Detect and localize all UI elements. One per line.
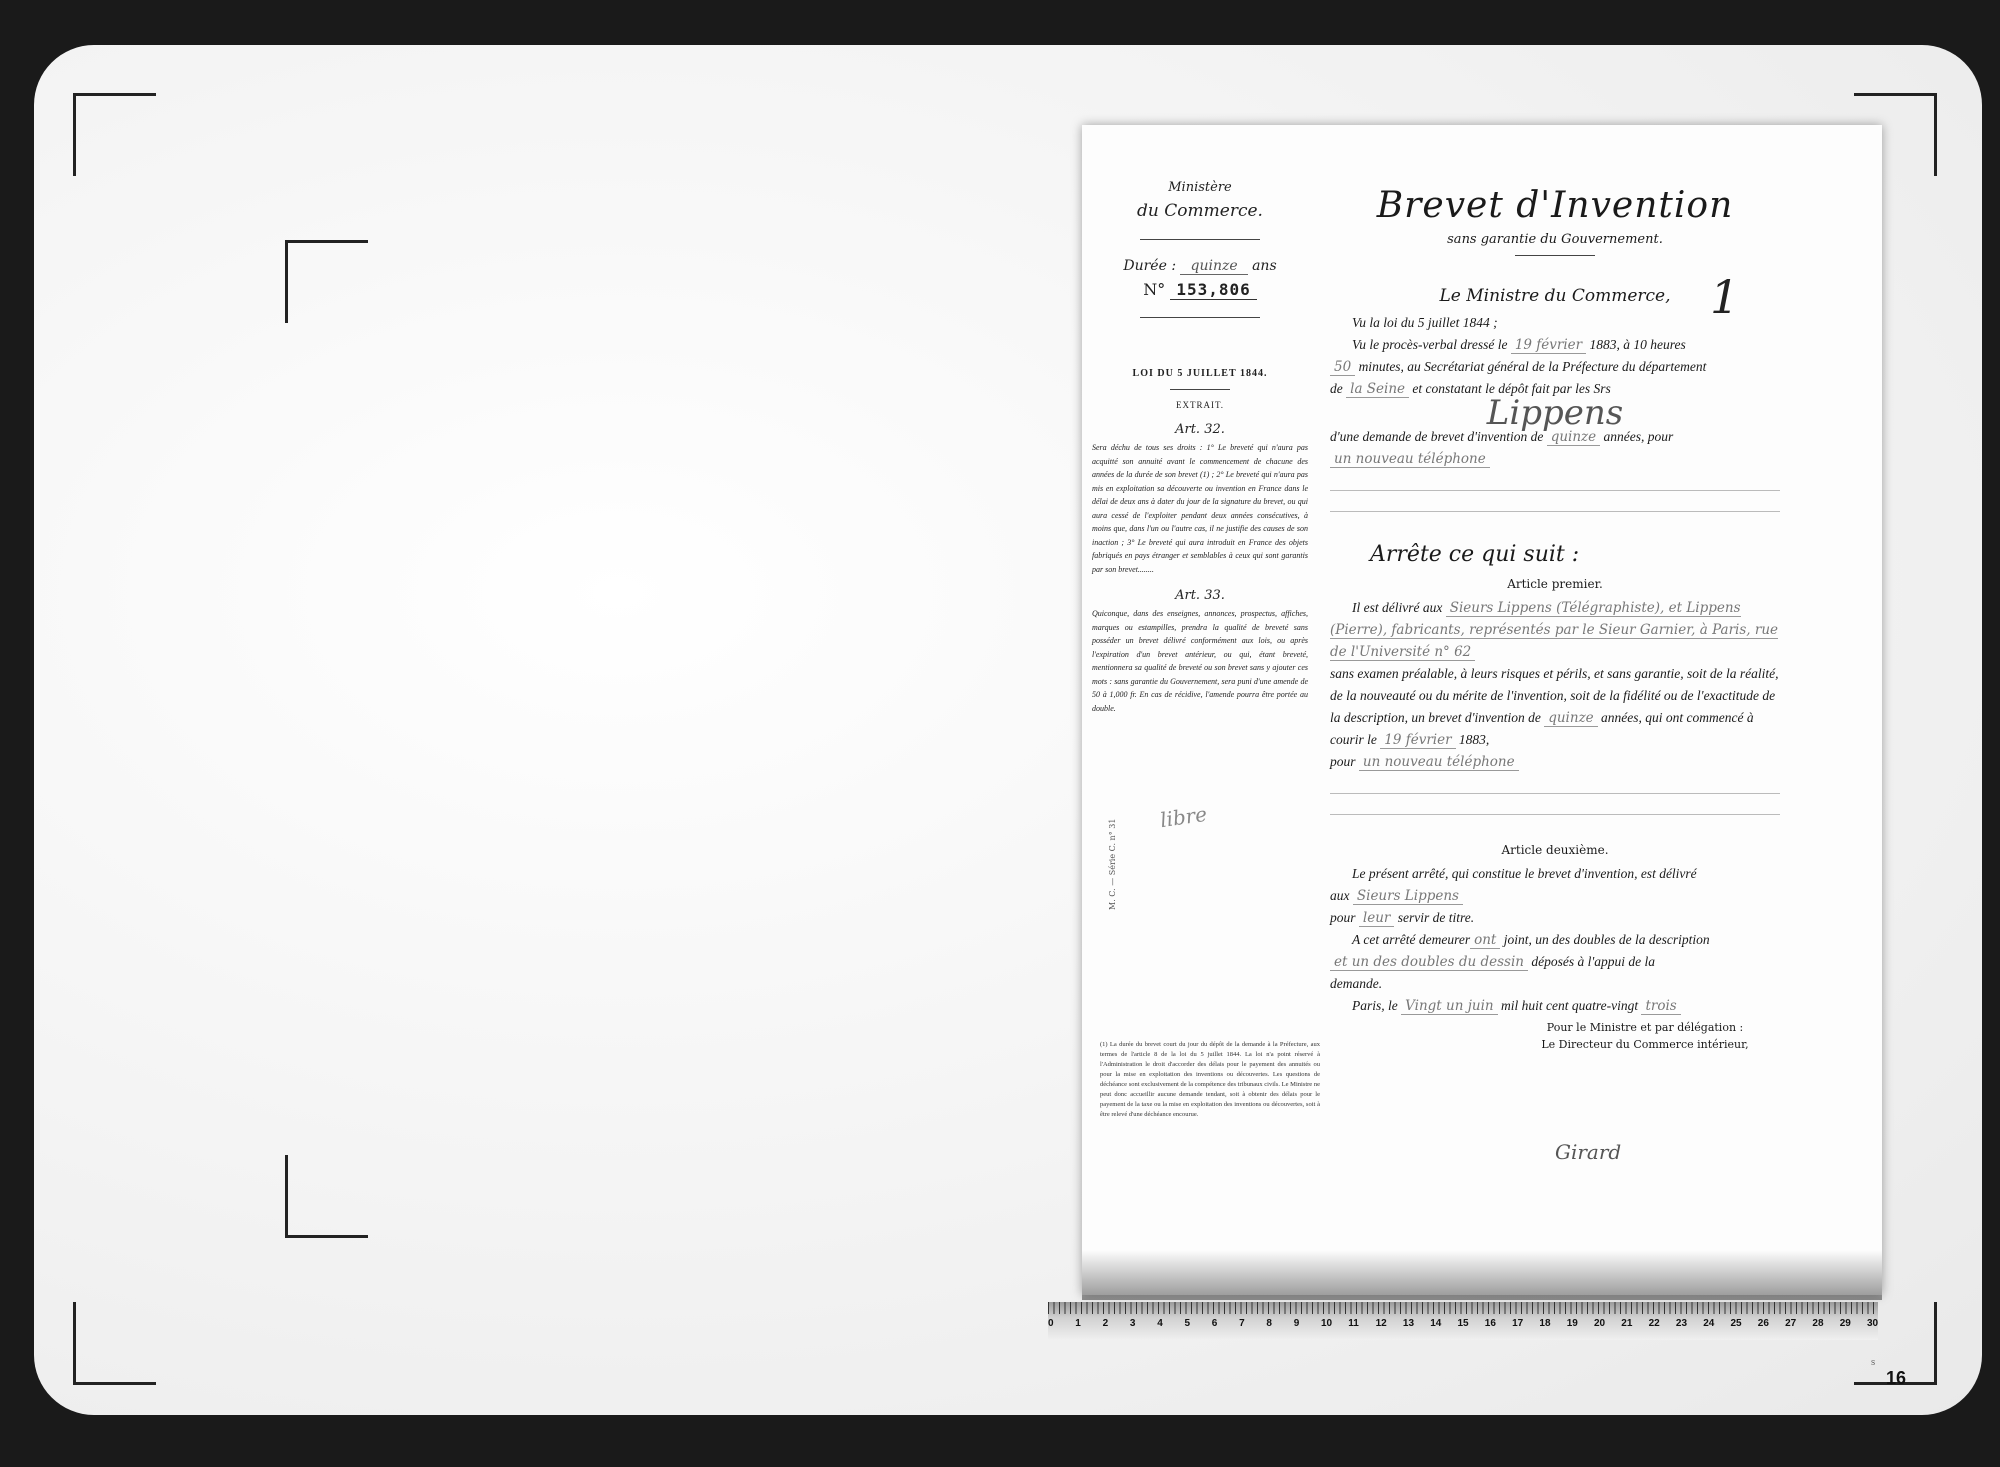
- ruler-label: 3: [1130, 1318, 1136, 1329]
- demande-word: demande.: [1330, 973, 1780, 995]
- document-edge-shadow: [1082, 1250, 1882, 1300]
- joint-pre: A cet arrêté demeurer: [1352, 932, 1470, 947]
- date-prefix: Paris, le: [1352, 998, 1398, 1013]
- ruler-label: 30: [1867, 1318, 1878, 1329]
- date-text: mil huit cent quatre-vingt: [1501, 998, 1638, 1013]
- corner-mark-outer-bl: [73, 1302, 156, 1385]
- ruler-label: 20: [1594, 1318, 1605, 1329]
- ruler-label: 2: [1103, 1318, 1109, 1329]
- art33-text: Quiconque, dans des enseignes, annonces,…: [1090, 607, 1310, 715]
- law-title: LOI DU 5 JUILLET 1844.: [1090, 368, 1310, 379]
- blank-line: [1330, 794, 1780, 815]
- ruler-label: 5: [1185, 1318, 1191, 1329]
- article1-start: 19 février: [1380, 732, 1455, 749]
- article2-grantees: Sieurs Lippens: [1353, 888, 1463, 905]
- article1-heading: Article premier.: [1330, 577, 1780, 591]
- article1-pour-label: pour: [1330, 754, 1356, 769]
- measurement-ruler: 0123456789101112131415161718192021222324…: [1048, 1302, 1878, 1340]
- numero-label: N°: [1143, 280, 1165, 299]
- article2-heading: Article deuxième.: [1330, 843, 1780, 857]
- joint-hw2: et un des doubles du dessin: [1330, 954, 1528, 971]
- ruler-label: 12: [1376, 1318, 1387, 1329]
- demande-text: d'une demande de brevet d'invention de: [1330, 429, 1543, 444]
- pv-minutes: 50: [1330, 359, 1355, 376]
- ruler-label: 10: [1321, 1318, 1332, 1329]
- article2-aux: aux: [1330, 888, 1350, 903]
- ruler-label: 0: [1048, 1318, 1054, 1329]
- art32-heading: Art. 32.: [1090, 422, 1310, 437]
- ministry-line1: Ministère: [1090, 180, 1310, 195]
- patent-number: 153,806: [1170, 280, 1256, 300]
- pv-year: 1883, à 10 heures: [1590, 337, 1686, 352]
- vu-pv: Vu le procès-verbal dressé le 19 février…: [1330, 334, 1780, 356]
- ruler-label: 8: [1266, 1318, 1272, 1329]
- article2-aux-line: aux Sieurs Lippens: [1330, 885, 1780, 907]
- numero-line: N° 153,806: [1090, 280, 1310, 299]
- date-line: Paris, le Vingt un juin mil huit cent qu…: [1330, 995, 1780, 1017]
- preamble: Vu la loi du 5 juillet 1844 ; Vu le proc…: [1330, 312, 1780, 512]
- art32-text: Sera déchu de tous ses droits : 1° Le br…: [1090, 441, 1310, 576]
- article2-titre-line: pour leur servir de titre.: [1330, 907, 1780, 929]
- corner-mark-inner-bl: [285, 1155, 368, 1238]
- blank-line: [1330, 773, 1780, 794]
- duree-label: Durée :: [1123, 258, 1176, 274]
- article2-titre: servir de titre.: [1398, 910, 1474, 925]
- article2-pour: pour: [1330, 910, 1356, 925]
- ruler-ticks: [1048, 1302, 1878, 1314]
- article1-year: 1883,: [1459, 732, 1489, 747]
- ruler-label: 26: [1758, 1318, 1769, 1329]
- form-reference: M. C. — Série C. n° 31: [1108, 819, 1117, 910]
- applicant-name: Lippens: [1330, 402, 1780, 424]
- left-column: Ministère du Commerce. Durée : quinze an…: [1090, 180, 1310, 715]
- demande-line: d'une demande de brevet d'invention de q…: [1330, 426, 1780, 448]
- invention-line: un nouveau téléphone: [1330, 448, 1780, 470]
- article2-body: Le présent arrêté, qui constitue le brev…: [1330, 863, 1780, 1017]
- divider: [1515, 255, 1595, 256]
- date-hw: Vingt un juin: [1401, 998, 1497, 1015]
- document-subtitle: sans garantie du Gouvernement.: [1330, 232, 1780, 247]
- extrait-label: EXTRAIT.: [1090, 400, 1310, 410]
- duree-unit: ans: [1252, 258, 1277, 274]
- pv-text2: minutes, au Secrétariat général de la Pr…: [1359, 359, 1707, 374]
- divider: [1140, 317, 1260, 318]
- date-year-hw: trois: [1641, 998, 1680, 1015]
- article1-body: Il est délivré aux Sieurs Lippens (Télég…: [1330, 597, 1780, 815]
- footnote: (1) La durée du brevet court du jour du …: [1100, 1040, 1320, 1120]
- ruler-label: 4: [1157, 1318, 1163, 1329]
- ruler-label: 13: [1403, 1318, 1414, 1329]
- article2-text: Le présent arrêté, qui constitue le brev…: [1330, 863, 1780, 885]
- joint-hw: ont: [1470, 932, 1500, 949]
- ruler-label: 21: [1621, 1318, 1632, 1329]
- ruler-label: 6: [1212, 1318, 1218, 1329]
- ruler-label: 18: [1539, 1318, 1550, 1329]
- ruler-label: 15: [1458, 1318, 1469, 1329]
- document-title: Brevet d'Invention: [1330, 185, 1780, 226]
- article2-leur: leur: [1359, 910, 1394, 927]
- divider: [1140, 239, 1260, 240]
- pv-line2: 50 minutes, au Secrétariat général de la…: [1330, 356, 1780, 378]
- article1-years: quinze: [1544, 710, 1597, 727]
- unit-mark: S: [1871, 1360, 1875, 1367]
- signature: Girard: [1555, 1140, 1621, 1164]
- ruler-labels: 0123456789101112131415161718192021222324…: [1048, 1318, 1878, 1334]
- ruler-label: 29: [1840, 1318, 1851, 1329]
- ruler-label: 9: [1294, 1318, 1300, 1329]
- article1-lead: Il est délivré aux: [1352, 600, 1442, 615]
- invention-title: un nouveau téléphone: [1330, 451, 1490, 468]
- dept-prefix: de: [1330, 381, 1343, 396]
- minister-heading: Le Ministre du Commerce,: [1330, 286, 1780, 306]
- ruler-label: 17: [1512, 1318, 1523, 1329]
- vu-pv-prefix: Vu le procès-verbal dressé le: [1352, 337, 1507, 352]
- demande-suffix: années, pour: [1604, 429, 1674, 444]
- pv-date: 19 février: [1511, 337, 1586, 354]
- ruler-label: 24: [1703, 1318, 1714, 1329]
- ruler-label: 22: [1649, 1318, 1660, 1329]
- joint-text: joint, un des doubles de la description: [1504, 932, 1710, 947]
- duree-value: quinze: [1180, 258, 1247, 275]
- vu-loi: Vu la loi du 5 juillet 1844 ;: [1330, 312, 1780, 334]
- ruler-label: 28: [1812, 1318, 1823, 1329]
- article1-pour: pour un nouveau téléphone: [1330, 751, 1780, 773]
- blank-line: [1330, 470, 1780, 491]
- demande-years: quinze: [1547, 429, 1600, 446]
- joint-line2: et un des doubles du dessin déposés à l'…: [1330, 951, 1780, 973]
- corner-mark-inner-tl: [285, 240, 368, 323]
- ruler-label: 11: [1348, 1318, 1359, 1329]
- page-number: 16: [1886, 1368, 1906, 1389]
- joint-line: A cet arrêté demeureront joint, un des d…: [1330, 929, 1780, 951]
- ruler-label: 19: [1567, 1318, 1578, 1329]
- article1-invention: un nouveau téléphone: [1359, 754, 1519, 771]
- corner-mark-outer-tl: [73, 93, 156, 176]
- director: Le Directeur du Commerce intérieur,: [1510, 1038, 1780, 1051]
- joint-text2: déposés à l'appui de la: [1531, 954, 1655, 969]
- ruler-label: 1: [1075, 1318, 1081, 1329]
- delegation: Pour le Ministre et par délégation :: [1510, 1021, 1780, 1034]
- article1-grantees: Il est délivré aux Sieurs Lippens (Télég…: [1330, 597, 1780, 663]
- ruler-label: 27: [1785, 1318, 1796, 1329]
- right-column: Brevet d'Invention sans garantie du Gouv…: [1330, 185, 1780, 1051]
- duree-line: Durée : quinze ans: [1090, 258, 1310, 274]
- ruler-label: 25: [1731, 1318, 1742, 1329]
- article1-text: sans examen préalable, à leurs risques e…: [1330, 663, 1780, 751]
- ruler-label: 7: [1239, 1318, 1245, 1329]
- art33-heading: Art. 33.: [1090, 588, 1310, 603]
- arrete-heading: Arrête ce qui suit :: [1370, 542, 1780, 567]
- ministry-line2: du Commerce.: [1090, 201, 1310, 221]
- blank-line: [1330, 491, 1780, 512]
- divider: [1170, 389, 1230, 390]
- dept-value: la Seine: [1346, 381, 1409, 398]
- ruler-label: 16: [1485, 1318, 1496, 1329]
- ruler-label: 23: [1676, 1318, 1687, 1329]
- ruler-label: 14: [1430, 1318, 1441, 1329]
